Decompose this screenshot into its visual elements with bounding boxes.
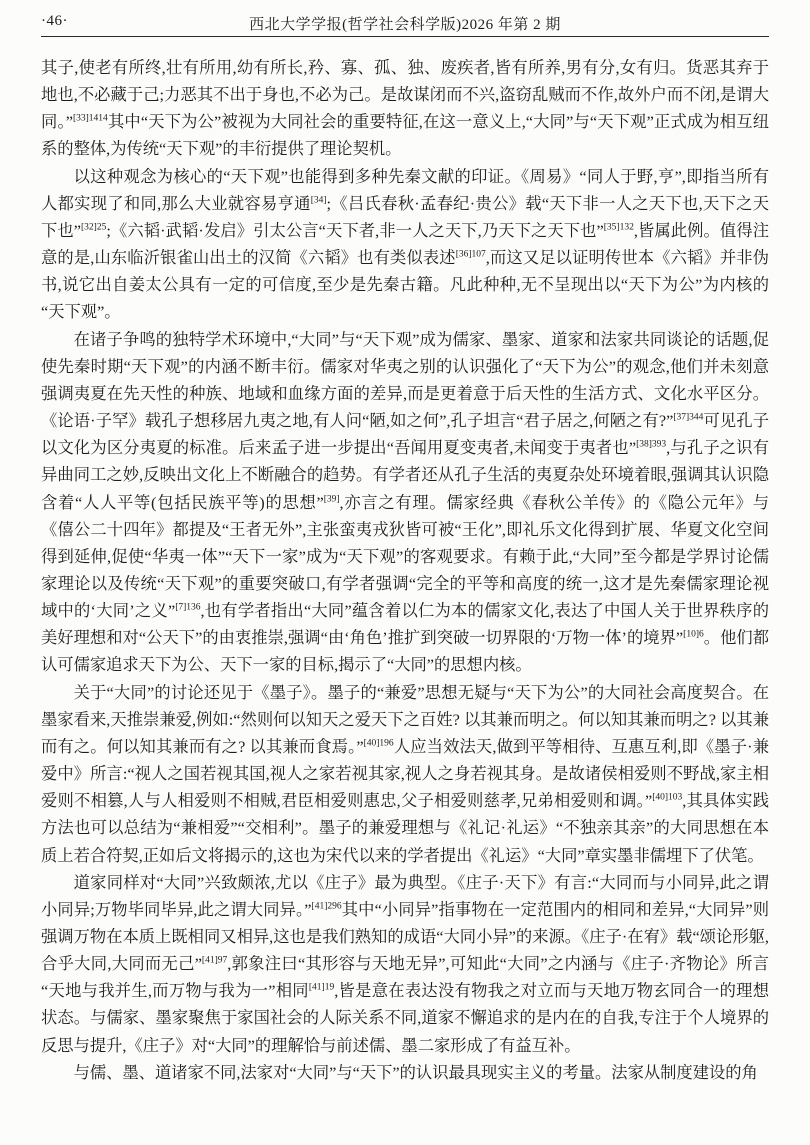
citation-ref: [41]296 [312,901,342,911]
citation-ref: [41]97 [202,956,227,966]
citation-ref: [39] [324,494,340,504]
citation-ref: [33]1414 [73,114,108,124]
paragraph: 关于“大同”的讨论还见于《墨子》。墨子的“兼爱”思想无疑与“天下为公”的大同社会… [41,679,769,869]
citation-ref: [34] [311,195,327,205]
citation-ref: [37]344 [673,413,703,423]
paragraph: 在诸子争鸣的独特学术环境中,“大同”与“天下观”成为儒家、墨家、道家和法家共同谈… [41,326,769,679]
running-head: ·46· 西北大学学报(哲学社会科学版)2026 年第 2 期 [41,10,769,37]
citation-ref: [40]103 [652,793,682,803]
paragraph: 其子,使老有所终,壮有所用,幼有所长,矜、寡、孤、独、废疾者,皆有所养,男有分,… [41,54,769,163]
citation-ref: [36]107 [456,250,486,260]
citation-ref: [10]6 [683,630,704,640]
citation-ref: [7]136 [175,603,200,613]
citation-ref: [38]393 [636,440,666,450]
citation-ref: [41]19 [309,983,334,993]
paragraph: 与儒、墨、道诸家不同,法家对“大同”与“天下”的认识最具现实主义的考量。法家从制… [41,1059,769,1086]
citation-ref: [32]25 [81,223,106,233]
citation-ref: [35]132 [604,223,634,233]
paragraph: 以这种观念为核心的“天下观”也能得到多种先秦文献的印证。《周易》“同人于野,亨”… [41,163,769,326]
journal-page: ·46· 西北大学学报(哲学社会科学版)2026 年第 2 期 其子,使老有所终… [0,0,810,1145]
citation-ref: [40]196 [364,738,394,748]
article-body: 其子,使老有所终,壮有所用,幼有所长,矜、寡、孤、独、废疾者,皆有所养,男有分,… [41,54,769,1086]
paragraph: 道家同样对“大同”兴致颇浓,尤以《庄子》最为典型。《庄子·天下》有言:“大同而与… [41,869,769,1059]
journal-title: 西北大学学报(哲学社会科学版)2026 年第 2 期 [41,13,769,34]
